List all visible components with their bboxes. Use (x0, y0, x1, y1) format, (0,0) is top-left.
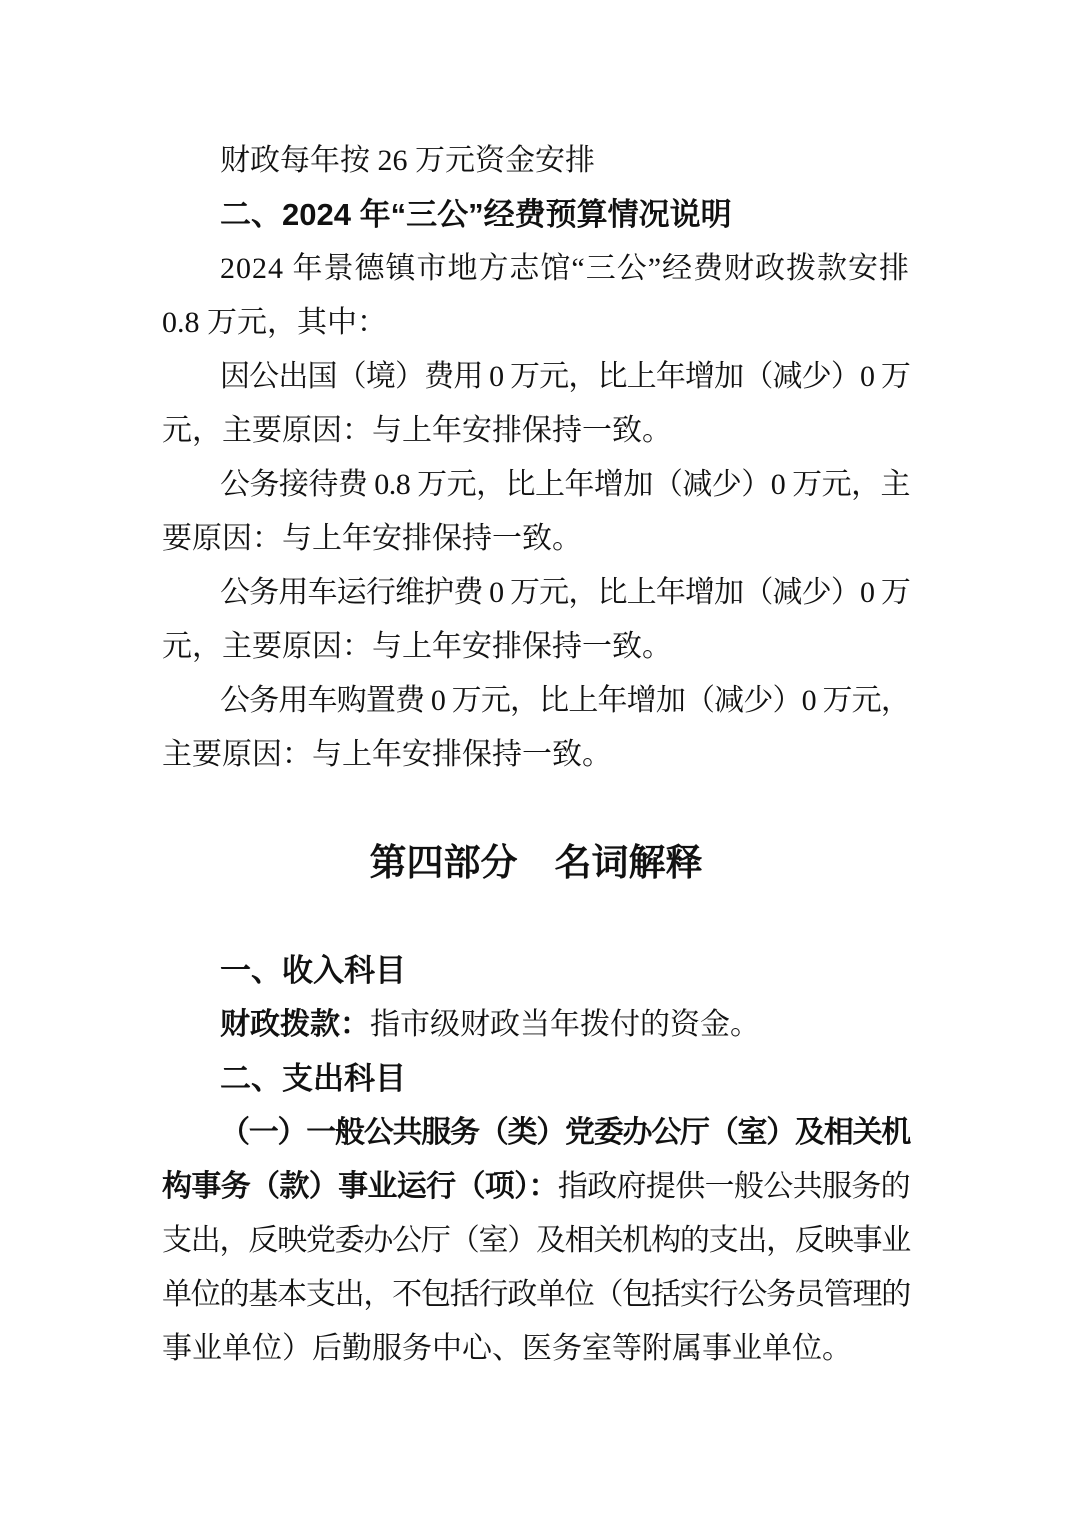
bold-text-segment: （一）一般公共服务（类）党委办公厅（室）及相关机 (220, 1116, 910, 1149)
bold-text-segment: 二、2024 年“三公”经费预算情况说明 (220, 197, 732, 232)
text-line: 财政每年按 26 万元资金安排 (162, 134, 910, 188)
text-segment: 0.8 万元，其中： (162, 306, 387, 339)
text-line: 单位的基本支出，不包括行政单位（包括实行公务员管理的 (162, 1268, 910, 1322)
text-segment: 因公出国（境）费用 0 万元，比上年增加（减少）0 万 (220, 360, 910, 393)
text-segment: 指政府提供一般公共服务的 (558, 1170, 910, 1203)
text-segment: 公务用车运行维护费 0 万元，比上年增加（减少）0 万 (220, 576, 910, 609)
text-segment: 公务用车购置费 0 万元，比上年增加（减少）0 万元， (220, 684, 910, 717)
text-line: 主要原因：与上年安排保持一致。 (162, 728, 910, 782)
text-segment: 财政每年按 26 万元资金安排 (220, 144, 595, 177)
spacer-line (162, 782, 910, 836)
document-body: 财政每年按 26 万元资金安排二、2024 年“三公”经费预算情况说明2024 … (162, 134, 910, 1376)
text-line: 支出，反映党委办公厅（室）及相关机构的支出，反映事业 (162, 1214, 910, 1268)
text-line: 因公出国（境）费用 0 万元，比上年增加（减少）0 万 (162, 350, 910, 404)
text-segment: 单位的基本支出，不包括行政单位（包括实行公务员管理的 (162, 1278, 910, 1311)
text-segment: 指市级财政当年拨付的资金。 (370, 1008, 760, 1041)
text-segment: 公务接待费 0.8 万元，比上年增加（减少）0 万元，主 (220, 468, 910, 501)
text-line: 0.8 万元，其中： (162, 296, 910, 350)
text-segment: 元，主要原因：与上年安排保持一致。 (162, 630, 672, 663)
text-segment: 元，主要原因：与上年安排保持一致。 (162, 414, 672, 447)
bold-text-segment: 构事务（款）事业运行（项）： (162, 1170, 558, 1203)
bold-text-segment: 二、支出科目 (220, 1061, 406, 1096)
text-line: 要原因：与上年安排保持一致。 (162, 512, 910, 566)
text-line: 公务接待费 0.8 万元，比上年增加（减少）0 万元，主 (162, 458, 910, 512)
text-segment: 事业单位）后勤服务中心、医务室等附属事业单位。 (162, 1332, 852, 1365)
document-page: 财政每年按 26 万元资金安排二、2024 年“三公”经费预算情况说明2024 … (0, 0, 1074, 1520)
bold-text-segment: 第四部分 名词解释 (370, 842, 703, 883)
section-heading-line: 一、收入科目 (162, 944, 910, 998)
bold-text-segment: 财政拨款： (220, 1008, 370, 1041)
text-line: 元，主要原因：与上年安排保持一致。 (162, 404, 910, 458)
text-line: 公务用车运行维护费 0 万元，比上年增加（减少）0 万 (162, 566, 910, 620)
text-line: 2024 年景德镇市地方志馆“三公”经费财政拨款安排 (162, 242, 910, 296)
text-line: 公务用车购置费 0 万元，比上年增加（减少）0 万元， (162, 674, 910, 728)
section-heading-line: 二、2024 年“三公”经费预算情况说明 (162, 188, 910, 242)
spacer-line (162, 890, 910, 944)
part-title: 第四部分 名词解释 (162, 836, 910, 890)
text-line: 构事务（款）事业运行（项）：指政府提供一般公共服务的 (162, 1160, 910, 1214)
text-segment: 2024 年景德镇市地方志馆“三公”经费财政拨款安排 (220, 252, 910, 285)
bold-text-segment: 一、收入科目 (220, 953, 406, 988)
section-heading-line: 二、支出科目 (162, 1052, 910, 1106)
text-line: 财政拨款：指市级财政当年拨付的资金。 (162, 998, 910, 1052)
text-line: （一）一般公共服务（类）党委办公厅（室）及相关机 (162, 1106, 910, 1160)
text-line: 元，主要原因：与上年安排保持一致。 (162, 620, 910, 674)
text-line: 事业单位）后勤服务中心、医务室等附属事业单位。 (162, 1322, 910, 1376)
text-segment: 要原因：与上年安排保持一致。 (162, 522, 582, 555)
text-segment: 主要原因：与上年安排保持一致。 (162, 738, 612, 771)
text-segment: 支出，反映党委办公厅（室）及相关机构的支出，反映事业 (162, 1224, 910, 1257)
